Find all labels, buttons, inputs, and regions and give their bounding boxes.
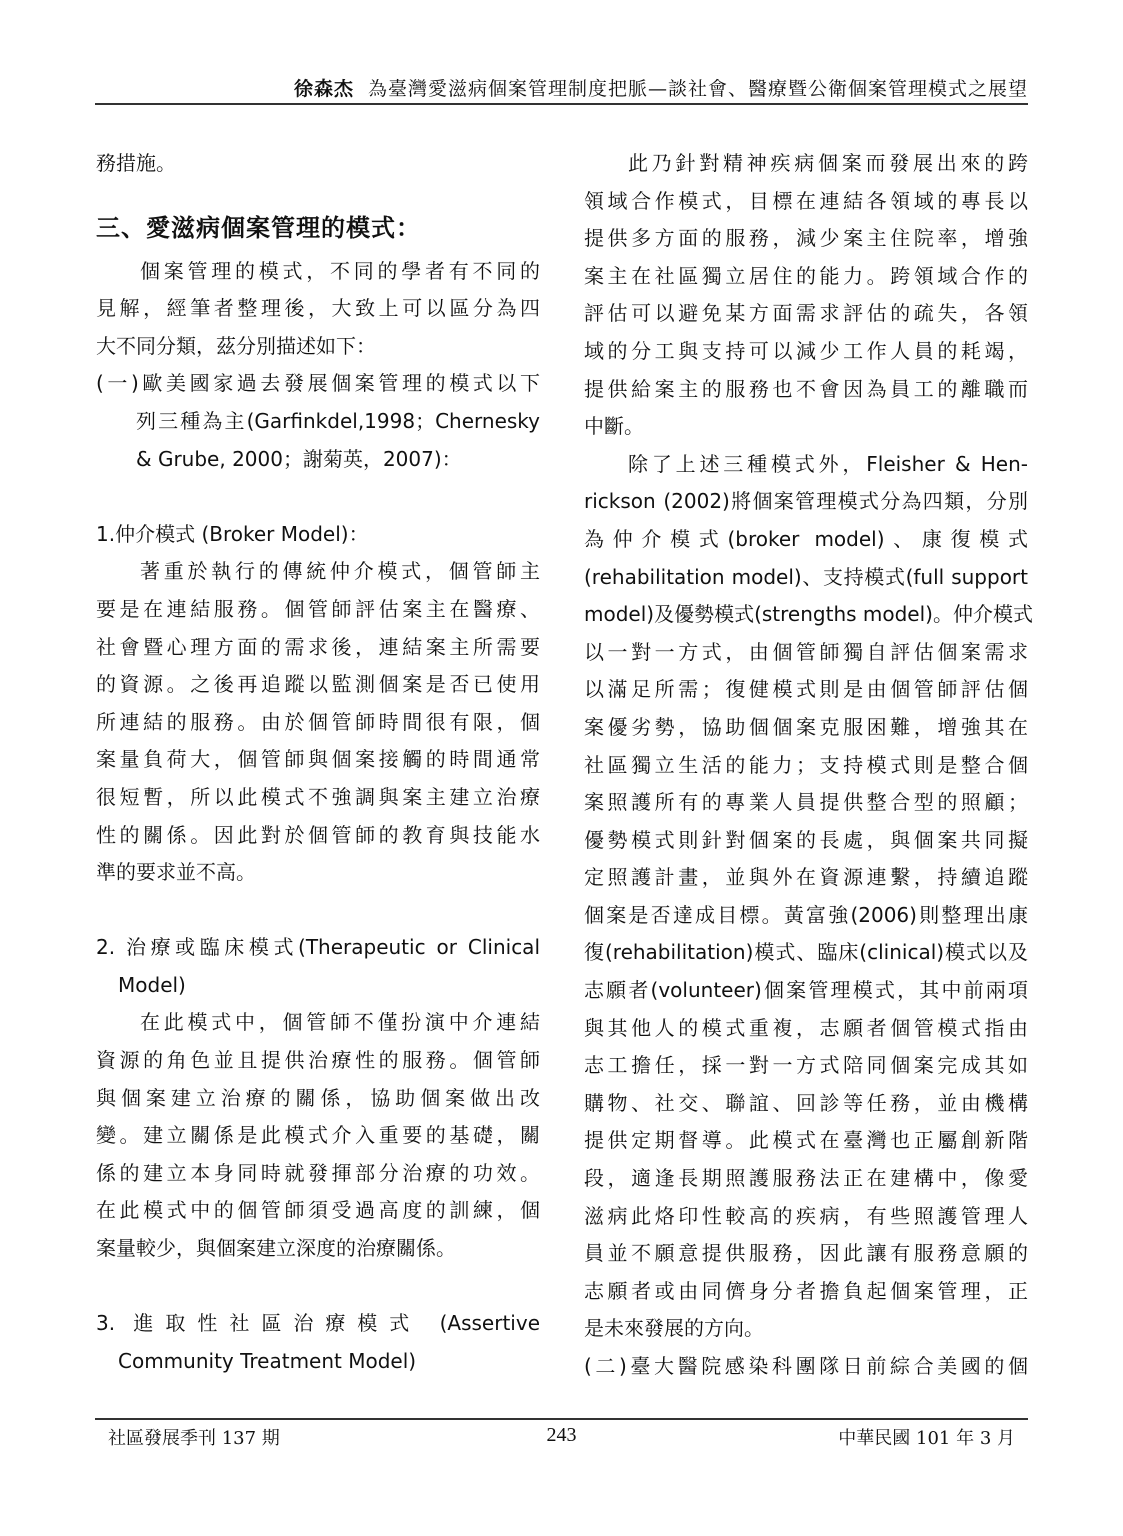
paragraph-line: 購物、社交、聯誼、回診等任務，並由機構 [584,1085,1028,1123]
footer-date: 中華民國 101 年 3 月 [838,1424,1015,1450]
document-page: 徐森杰為臺灣愛滋病個案管理制度把脈—談社會、醫療暨公衛個案管理模式之展望 務措施… [0,0,1123,1536]
header-title: 為臺灣愛滋病個案管理制度把脈—談社會、醫療暨公衛個案管理模式之展望 [368,78,1028,100]
paragraph-line: 著重於執行的傳統仲介模式，個管師主 [96,553,540,591]
subsection-heading: 2. 治療或臨床模式(Therapeutic or Clinical [96,929,540,967]
paragraph-line: 與個案建立治療的關係，協助個案做出改 [96,1080,540,1118]
header-rule [95,103,1028,105]
left-column: 務措施。 三、愛滋病個案管理的模式： 個案管理的模式，不同的學者有不同的 見解，… [96,145,540,1380]
paragraph-line: 要是在連結服務。個管師評估案主在醫療、 [96,591,540,629]
paragraph-line: 域的分工與支持可以減少工作人員的耗竭， [584,333,1028,371]
spacer [96,183,540,203]
paragraph-line: 是未來發展的方向。 [584,1310,1028,1348]
paragraph-line: 大不同分類，茲分別描述如下： [96,328,540,366]
paragraph-line: 很短暫，所以此模式不強調與案主建立治療 [96,779,540,817]
paragraph-line: 在此模式中，個管師不僅扮演中介連結 [96,1004,540,1042]
paragraph-line: 中斷。 [584,408,1028,446]
paragraph-line: 資源的角色並且提供治療性的服務。個管師 [96,1042,540,1080]
paragraph-line: 段，適逢長期照護服務法正在建構中，像愛 [584,1160,1028,1198]
paragraph-line: 為仲介模式(broker model)、康復模式 [584,521,1028,559]
list-heading-line: (一)歐美國家過去發展個案管理的模式以下 [96,365,540,403]
paragraph-line: 以一對一方式，由個管師獨自評估個案需求 [584,634,1028,672]
paragraph-line: 員並不願意提供服務，因此讓有服務意願的 [584,1235,1028,1273]
paragraph-line: 變。建立關係是此模式介入重要的基礎，關 [96,1117,540,1155]
spacer [96,478,540,516]
paragraph-line: 滋病此烙印性較高的疾病，有些照護管理人 [584,1198,1028,1236]
paragraph-line: 與其他人的模式重複，志願者個管模式指由 [584,1010,1028,1048]
running-header: 徐森杰為臺灣愛滋病個案管理制度把脈—談社會、醫療暨公衛個案管理模式之展望 [95,74,1028,104]
subsection-heading: 3. 進取性社區治療模式 (Assertive [96,1305,540,1343]
paragraph-line: 此乃針對精神疾病個案而發展出來的跨 [584,145,1028,183]
paragraph-line: 的資源。之後再追蹤以監測個案是否已使用 [96,666,540,704]
paragraph-line: 以滿足所需；復健模式則是由個管師評估個 [584,671,1028,709]
paragraph-line: 志願者(volunteer)個案管理模式，其中前兩項 [584,972,1028,1010]
subsection-heading: 1.仲介模式 (Broker Model)： [96,516,540,554]
paragraph-line: 所連結的服務。由於個管師時間很有限，個 [96,704,540,742]
paragraph-line: 在此模式中的個管師須受過高度的訓練，個 [96,1192,540,1230]
paragraph-line: rickson (2002)將個案管理模式分為四類，分別 [584,483,1028,521]
paragraph-line: 見解，經筆者整理後，大致上可以區分為四 [96,290,540,328]
paragraph-line: 提供定期督導。此模式在臺灣也正屬創新階 [584,1122,1028,1160]
paragraph-line: 案量負荷大，個管師與個案接觸的時間通常 [96,741,540,779]
paragraph-line: 領域合作模式，目標在連結各領域的專長以 [584,183,1028,221]
paragraph-line: 志工擔任，採一對一方式陪同個案完成其如 [584,1047,1028,1085]
list-heading-line: (二)臺大醫院感染科團隊日前綜合美國的個 [584,1348,1028,1386]
paragraph-line: 個案管理的模式，不同的學者有不同的 [96,253,540,291]
paragraph-line: 案主在社區獨立居住的能力。跨領域合作的 [584,258,1028,296]
paragraph-line: 案照護所有的專業人員提供整合型的照顧； [584,784,1028,822]
paragraph-line: (rehabilitation model)、支持模式(full support [584,559,1028,597]
paragraph-line: 性的關係。因此對於個管師的教育與技能水 [96,817,540,855]
paragraph-line: 社會暨心理方面的需求後，連結案主所需要 [96,629,540,667]
paragraph-line: 案優劣勢，協助個個案克服困難，增強其在 [584,709,1028,747]
spacer [96,892,540,930]
paragraph-line: 務措施。 [96,145,540,183]
right-column: 此乃針對精神疾病個案而發展出來的跨 領域合作模式，目標在連結各領域的專長以 提供… [584,145,1028,1386]
footer-rule [95,1418,1028,1420]
paragraph-line: 個案是否達成目標。黃富強(2006)則整理出康 [584,897,1028,935]
list-heading-line: & Grube, 2000；謝菊英，2007)： [96,441,540,479]
subsection-heading: Model) [96,967,540,1005]
paragraph-line: 準的要求並不高。 [96,854,540,892]
paragraph-line: 定照護計畫，並與外在資源連繫，持續追蹤 [584,859,1028,897]
paragraph-line: 志願者或由同儕身分者擔負起個案管理，正 [584,1273,1028,1311]
paragraph-line: model)及優勢模式(strengths model)。仲介模式 [584,596,1028,634]
paragraph-line: 優勢模式則針對個案的長處，與個案共同擬 [584,822,1028,860]
paragraph-line: 提供給案主的服務也不會因為員工的離職而 [584,371,1028,409]
paragraph-line: 係的建立本身同時就發揮部分治療的功效。 [96,1155,540,1193]
paragraph-line: 案量較少，與個案建立深度的治療關係。 [96,1230,540,1268]
paragraph-line: 提供多方面的服務，減少案主住院率，增強 [584,220,1028,258]
paragraph-line: 除了上述三種模式外，Fleisher & Hen- [584,446,1028,484]
paragraph-line: 評估可以避免某方面需求評估的疏失，各領 [584,295,1028,333]
header-author: 徐森杰 [294,78,354,100]
page-footer: 社區發展季刊 137 期 243 中華民國 101 年 3 月 [108,1424,1015,1454]
section-heading: 三、愛滋病個案管理的模式： [96,203,540,253]
subsection-heading: Community Treatment Model) [96,1343,540,1381]
spacer [96,1268,540,1306]
paragraph-line: 復(rehabilitation)模式、臨床(clinical)模式以及 [584,934,1028,972]
paragraph-line: 社區獨立生活的能力；支持模式則是整合個 [584,747,1028,785]
list-heading-line: 列三種為主(Garfinkdel,1998；Chernesky [96,403,540,441]
